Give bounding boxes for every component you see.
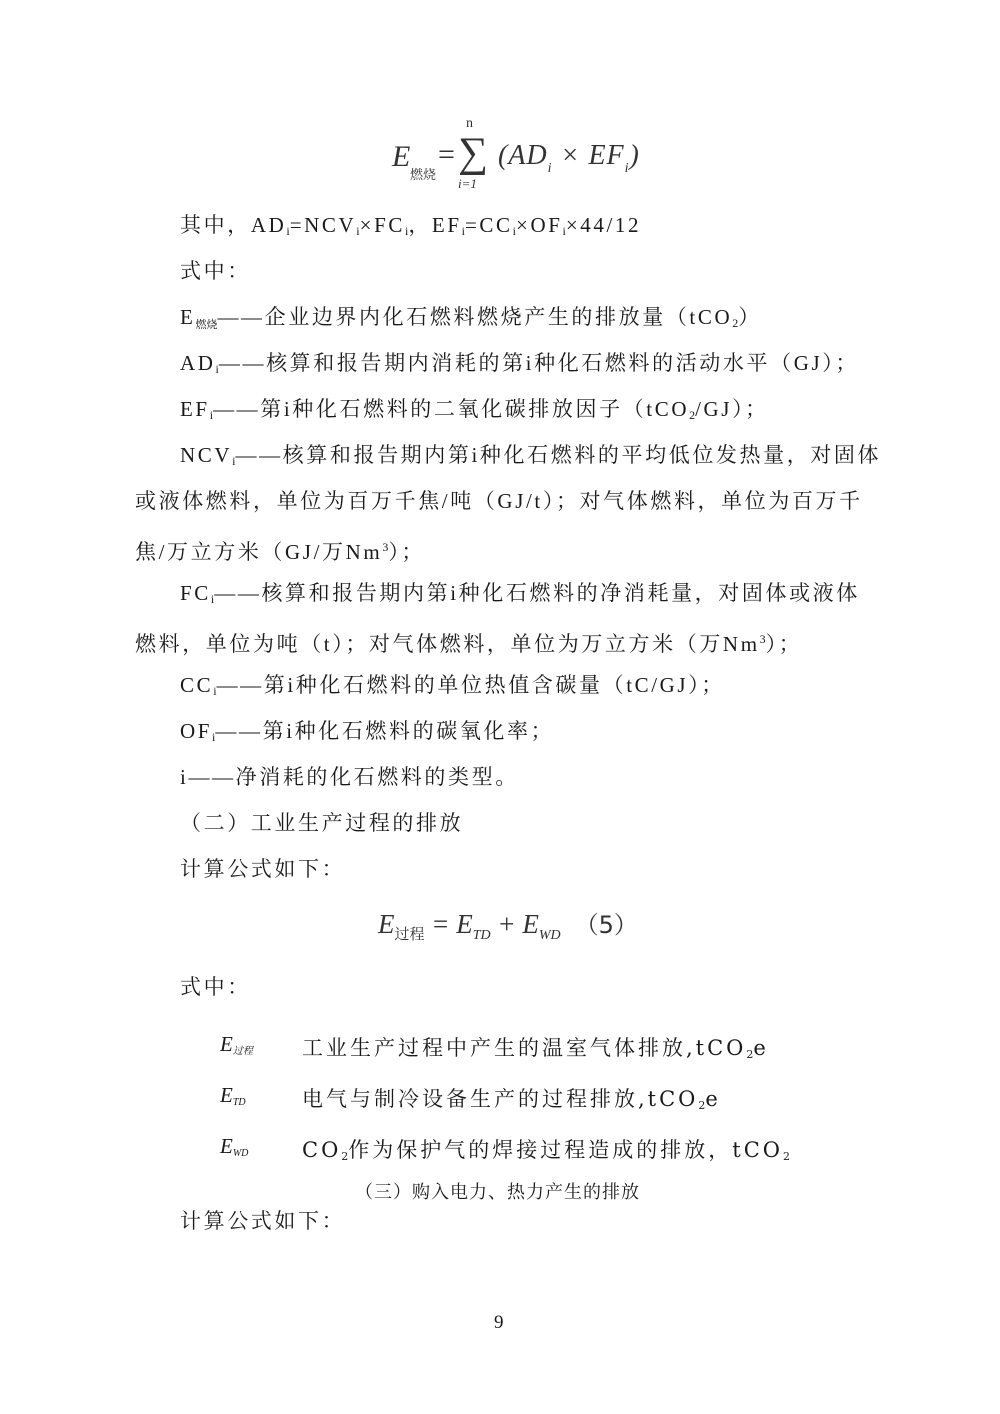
definition-e-combustion: E燃烧——企业边界内化石燃料燃烧产生的排放量（tCO2） [180,303,762,339]
formula-lhs: E [392,140,410,174]
definition-ad: ADi——核算和报告期内消耗的第i种化石燃料的活动水平（GJ）； [180,349,859,383]
calc-formula-label: 计算公式如下： [180,855,345,883]
section-3-heading: （三）购入电力、热力产生的排放 [355,1178,640,1204]
symbol: OF [180,719,212,743]
text: ×FC [360,213,405,237]
symbol: CC [180,673,213,697]
process-def-text: CO2作为保护气的焊接过程造成的排放，tCO2 [302,1134,790,1164]
shi-zhong-label: 式中： [180,257,251,285]
combustion-emission-formula: E 燃烧 = n ∑ i=1 (ADi × EFi) [392,128,652,198]
rhs-part: (AD [498,140,548,171]
text: 焦/万立方米（GJ/万Nm [135,540,382,564]
symbol: E [180,305,195,329]
formula-rhs: (ADi × EFi) [498,140,640,177]
formula-part: = E [425,909,473,939]
definition-fc: FCi——核算和报告期内第i种化石燃料的净消耗量，对固体或液体 [180,579,860,613]
symbol: EF [180,397,210,421]
formula-lhs: E [378,909,395,939]
definition-text: ——第i种化石燃料的碳氧化率； [215,719,554,743]
symbol: E [220,1134,233,1158]
definition-cc: CCi——第i种化石燃料的单位热值含碳量（tC/GJ）； [180,671,725,705]
sub: 2 [783,1150,790,1163]
definition-text: ——核算和报告期内第i种化石燃料的净消耗量，对固体或液体 [214,581,860,605]
text: ）； [766,632,803,656]
definition-of: OFi——第i种化石燃料的碳氧化率； [180,717,554,751]
definition-text: ——净消耗的化石燃料的类型。 [188,765,518,789]
text: CO [302,1138,341,1162]
rhs-part: × EF [553,140,625,171]
symbol-sub: TD [233,1097,246,1108]
text: 电气与制冷设备生产的过程排放,tCO [302,1087,698,1111]
symbol: FC [180,581,211,605]
text: =CC [465,213,513,237]
symbol-sub: 燃烧 [195,319,217,331]
process-def-symbol: E过程 [220,1032,253,1057]
text: e [753,1036,768,1060]
process-def-symbol: EWD [220,1134,248,1159]
definition-i: i——净消耗的化石燃料的类型。 [180,763,519,791]
definition-text: ——第i种化石燃料的二氧化碳排放因子（tCO [213,397,689,421]
text: AD [251,213,287,237]
definition-text: /GJ）； [695,397,769,421]
symbol-sub: 过程 [233,1046,253,1057]
definition-text: ——企业边界内化石燃料燃烧产生的排放量（tCO [217,305,732,329]
formula-lhs-sub: 过程 [395,927,425,943]
text: 作为保护气的焊接过程造成的排放，tCO [348,1138,783,1162]
process-def-text: 电气与制冷设备生产的过程排放,tCO2e [302,1083,721,1113]
sum-lower-limit: i=1 [458,176,477,192]
definition-ef: EFi——第i种化石燃料的二氧化碳排放因子（tCO2/GJ）； [180,395,769,429]
definition-text: ——核算和报告期内第i种化石燃料的平均低位发热量，对固体 [235,443,881,467]
formula-sub: TD [473,928,491,943]
text: =NCV [290,213,357,237]
page-number: 9 [494,1312,504,1334]
definition-text: ——核算和报告期内消耗的第i种化石燃料的活动水平（GJ）； [219,351,859,375]
symbol: AD [180,351,216,375]
symbol: E [220,1032,233,1056]
process-def-text: 工业生产过程中产生的温室气体排放,tCO2e [302,1032,769,1062]
shi-zhong-label-2: 式中： [180,973,251,1001]
calc-formula-label-2: 计算公式如下： [180,1207,345,1235]
definition-ncv: NCVi——核算和报告期内第i种化石燃料的平均低位发热量，对固体 [180,441,881,475]
text: ×OF [516,213,563,237]
text: 工业生产过程中产生的温室气体排放,tCO [302,1036,746,1060]
document-page: E 燃烧 = n ∑ i=1 (ADi × EFi) 其中，ADi=NCVi×F… [0,0,1000,1414]
equation-number: （5） [575,911,638,939]
process-emission-formula: E过程 = ETD + EWD（5） [378,905,638,944]
text: ）； [388,540,425,564]
text: e [705,1087,720,1111]
text: 其中， [180,213,251,237]
where-line: 其中，ADi=NCVi×FCi，EFi=CCi×OFi×44/12 [180,211,641,245]
formula-sub: WD [539,928,561,943]
summation-icon: ∑ [458,132,488,174]
rhs-part: ) [630,140,640,171]
text: ， [408,213,432,237]
definition-text: ） [738,305,762,329]
definition-fc-cont: 燃料，单位为吨（t）；对气体燃料，单位为万立方米（万Nm3）； [135,625,802,658]
symbol: E [220,1083,233,1107]
definition-ncv-cont-2: 焦/万立方米（GJ/万Nm3）； [135,533,425,566]
text: EF [432,213,462,237]
symbol-sub: WD [233,1148,249,1159]
formula-part: + E [491,909,539,939]
formula-lhs-sub: 燃烧 [410,164,436,183]
text: ×44/12 [566,213,641,237]
text: 燃料，单位为吨（t）；对气体燃料，单位为万立方米（万Nm [135,632,760,656]
definition-ncv-cont-1: 或液体燃料，单位为百万千焦/吨（GJ/t）；对气体燃料，单位为百万千 [135,487,863,515]
symbol: NCV [180,443,232,467]
equals-sign: = [438,138,455,172]
section-2-heading: （二）工业生产过程的排放 [180,809,463,837]
definition-text: ——第i种化石燃料的单位热值含碳量（tC/GJ）； [217,673,725,697]
process-def-symbol: ETD [220,1083,246,1108]
